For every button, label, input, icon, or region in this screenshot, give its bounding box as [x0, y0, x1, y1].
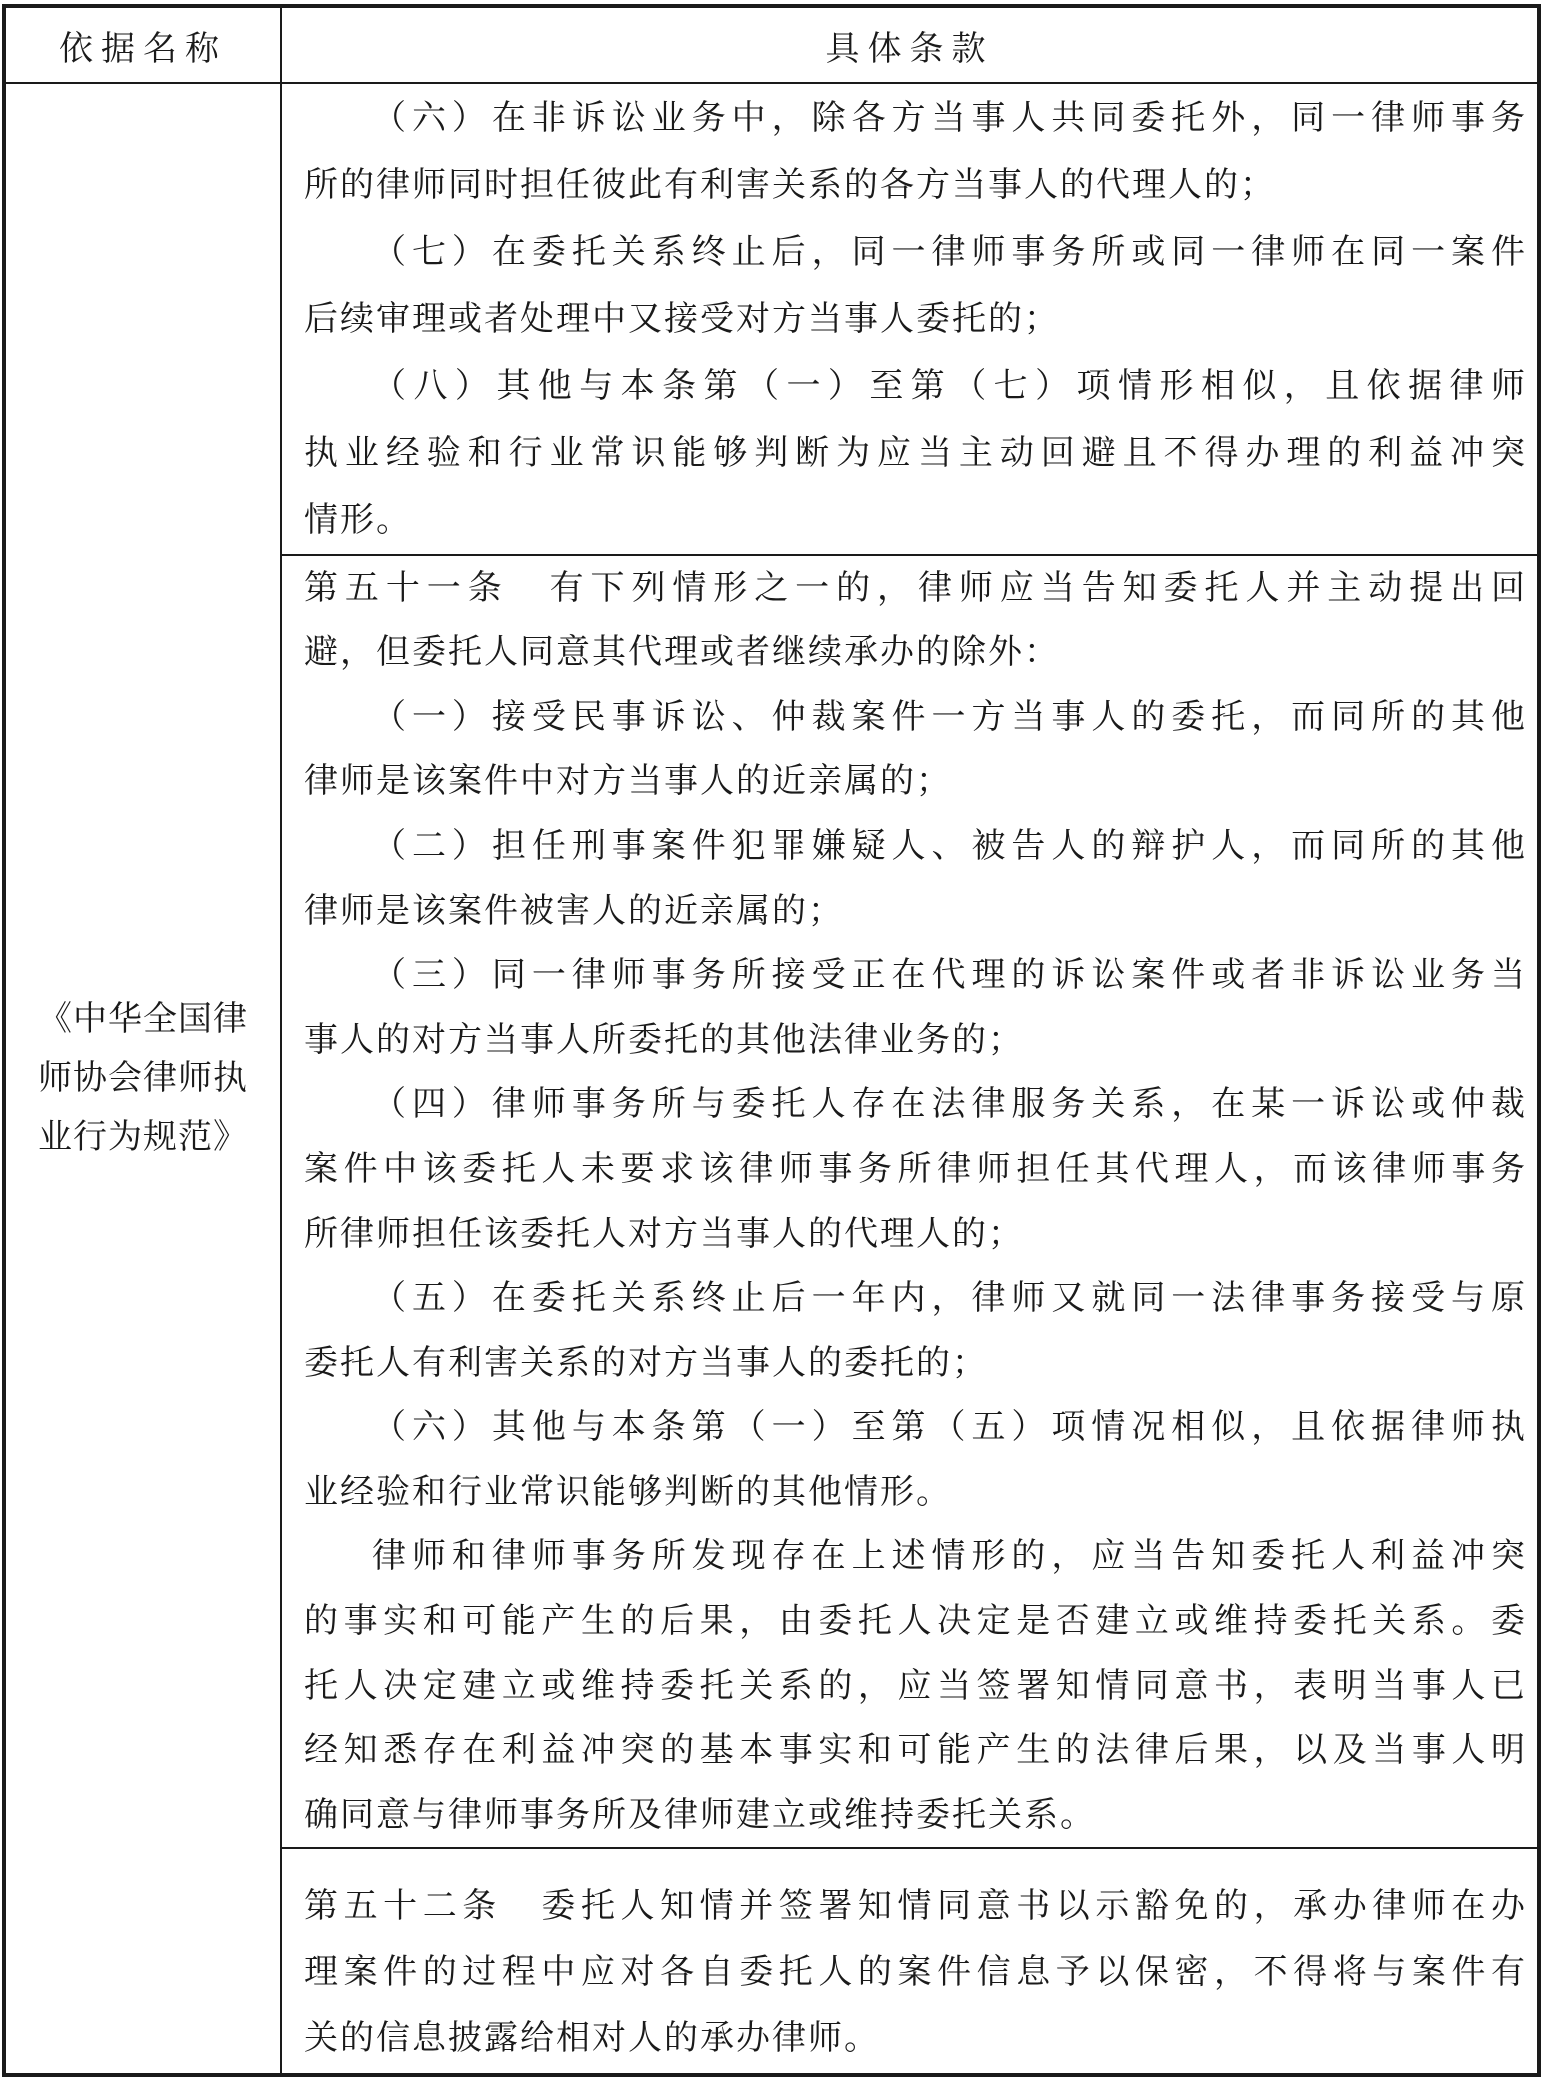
basis-name-line: 业行为规范》: [38, 1108, 248, 1167]
text-line: 关的信息披露给相对人的承办律师。: [304, 2005, 1527, 2071]
provisions-column: （六）在非诉讼业务中，除各方当事人共同委托外，同一律师事务所的律师同时担任彼此有…: [282, 84, 1537, 2073]
provisions-table: 依据名称 具体条款 《中华全国律 师协会律师执 业行为规范》 （六）在非诉讼业务…: [2, 4, 1541, 2077]
table-header-row: 依据名称 具体条款: [6, 8, 1537, 84]
text-line: 经知悉存在利益冲突的基本事实和可能产生的法律后果，以及当事人明: [304, 1718, 1527, 1783]
text-line: （一）接受民事诉讼、仲裁案件一方当事人的委托，而同所的其他: [304, 685, 1527, 750]
provision-section: 第五十二条 委托人知情并签署知情同意书以示豁免的，承办律师在办理案件的过程中应对…: [282, 1849, 1537, 2073]
text-line: （五）在委托关系终止后一年内，律师又就同一法律事务接受与原: [304, 1266, 1527, 1331]
document-page: { "colors": { "ink": "#1a1a1a", "backgro…: [0, 0, 1542, 2083]
text-line: 律师是该案件被害人的近亲属的；: [304, 879, 1527, 944]
text-line: 情形。: [304, 487, 1527, 554]
text-line: （八）其他与本条第（一）至第（七）项情形相似，且依据律师: [304, 353, 1527, 420]
text-line: （六）其他与本条第（一）至第（五）项情况相似，且依据律师执: [304, 1395, 1527, 1460]
text-line: 确同意与律师事务所及律师建立或维持委托关系。: [304, 1783, 1527, 1848]
text-line: 业经验和行业常识能够判断的其他情形。: [304, 1460, 1527, 1525]
header-cell-basis-name: 依据名称: [6, 8, 282, 82]
text-line: 律师是该案件中对方当事人的近亲属的；: [304, 749, 1527, 814]
text-line: 委托人有利害关系的对方当事人的委托的；: [304, 1331, 1527, 1396]
text-line: 案件中该委托人未要求该律师事务所律师担任其代理人，而该律师事务: [304, 1137, 1527, 1202]
text-line: 所的律师同时担任彼此有利害关系的各方当事人的代理人的；: [304, 152, 1527, 219]
text-line: （三）同一律师事务所接受正在代理的诉讼案件或者非诉讼业务当: [304, 943, 1527, 1008]
table-body-row: 《中华全国律 师协会律师执 业行为规范》 （六）在非诉讼业务中，除各方当事人共同…: [6, 84, 1537, 2073]
text-line: 第五十二条 委托人知情并签署知情同意书以示豁免的，承办律师在办: [304, 1873, 1527, 1939]
basis-name-line: 《中华全国律: [38, 990, 248, 1049]
text-line: （四）律师事务所与委托人存在法律服务关系，在某一诉讼或仲裁: [304, 1072, 1527, 1137]
basis-name-cell: 《中华全国律 师协会律师执 业行为规范》: [6, 84, 282, 2073]
basis-name-line: 师协会律师执: [38, 1049, 248, 1108]
text-line: （二）担任刑事案件犯罪嫌疑人、被告人的辩护人，而同所的其他: [304, 814, 1527, 879]
text-line: 执业经验和行业常识能够判断为应当主动回避且不得办理的利益冲突: [304, 420, 1527, 487]
text-line: 所律师担任该委托人对方当事人的代理人的；: [304, 1202, 1527, 1267]
text-line: 后续审理或者处理中又接受对方当事人委托的；: [304, 286, 1527, 353]
provision-section: 第五十一条 有下列情形之一的，律师应当告知委托人并主动提出回避，但委托人同意其代…: [282, 556, 1537, 1849]
text-line: 律师和律师事务所发现存在上述情形的，应当告知委托人利益冲突: [304, 1524, 1527, 1589]
text-line: 避，但委托人同意其代理或者继续承办的除外：: [304, 620, 1527, 685]
provision-section: （六）在非诉讼业务中，除各方当事人共同委托外，同一律师事务所的律师同时担任彼此有…: [282, 84, 1537, 556]
text-line: （六）在非诉讼业务中，除各方当事人共同委托外，同一律师事务: [304, 85, 1527, 152]
text-line: （七）在委托关系终止后，同一律师事务所或同一律师在同一案件: [304, 219, 1527, 286]
basis-name-label: 《中华全国律 师协会律师执 业行为规范》: [38, 990, 248, 1167]
text-line: 理案件的过程中应对各自委托人的案件信息予以保密，不得将与案件有: [304, 1939, 1527, 2005]
text-line: 第五十一条 有下列情形之一的，律师应当告知委托人并主动提出回: [304, 556, 1527, 620]
header-cell-provisions: 具体条款: [282, 8, 1537, 82]
text-line: 事人的对方当事人所委托的其他法律业务的；: [304, 1008, 1527, 1073]
text-line: 托人决定建立或维持委托关系的，应当签署知情同意书，表明当事人已: [304, 1654, 1527, 1719]
text-line: 的事实和可能产生的后果，由委托人决定是否建立或维持委托关系。委: [304, 1589, 1527, 1654]
